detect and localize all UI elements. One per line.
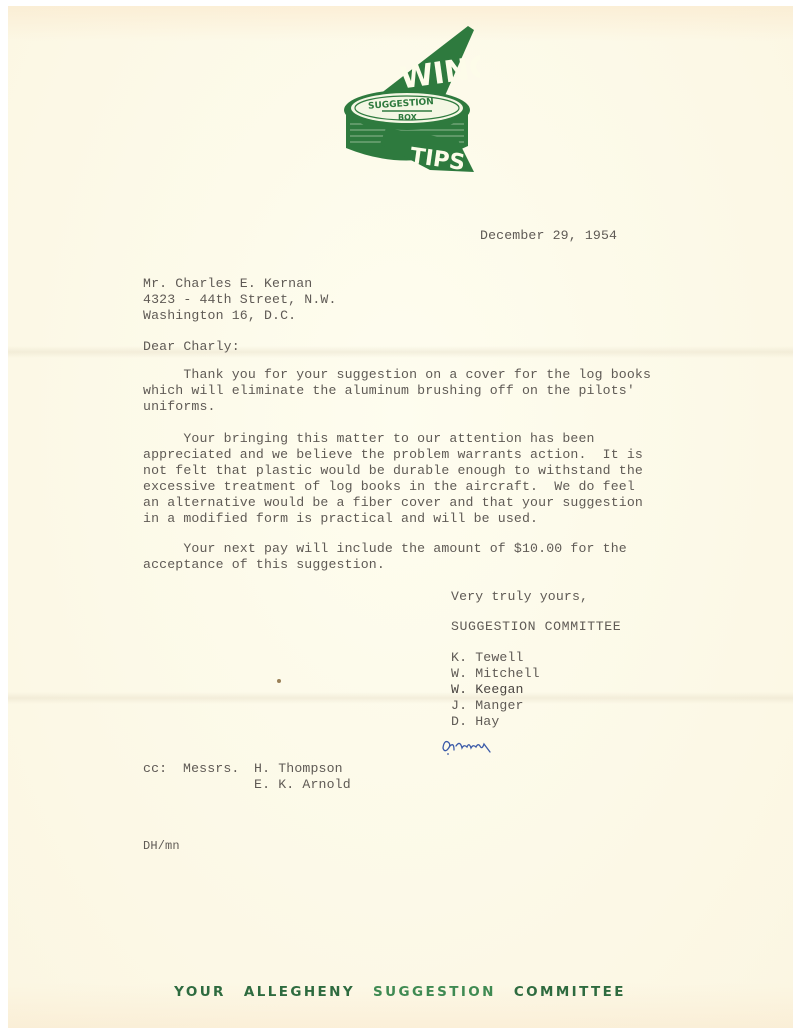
paragraph-line: in a modified form is practical and will… xyxy=(143,511,538,528)
paragraph-line: Your next pay will include the amount of… xyxy=(143,541,627,558)
footer-word: COMMITTEE xyxy=(514,984,626,1000)
signatory: D. Hay xyxy=(451,714,499,731)
wing-tips-logo-icon: WING SUGGESTION BOX TIPS xyxy=(340,24,480,172)
paragraph-line: an alternative would be a fiber cover an… xyxy=(143,495,643,512)
signatory: W. Mitchell xyxy=(451,666,540,683)
signatory: K. Tewell xyxy=(451,650,524,667)
paragraph-line: not felt that plastic would be durable e… xyxy=(143,463,643,480)
signatory: W. Keegan xyxy=(451,682,524,699)
recipient-city: Washington 16, D.C. xyxy=(143,308,296,325)
letter-date: December 29, 1954 xyxy=(480,228,617,245)
footer-committee-line: YOURALLEGHENYSUGGESTIONCOMMITTEE xyxy=(0,984,800,1000)
logo-box-text: BOX xyxy=(398,113,418,122)
cc-recipient: H. Thompson xyxy=(254,761,343,778)
closing: Very truly yours, xyxy=(451,589,588,606)
paper-speck xyxy=(277,679,281,683)
committee-name: SUGGESTION COMMITTEE xyxy=(451,619,621,636)
salutation: Dear Charly: xyxy=(143,339,240,356)
signatory: J. Manger xyxy=(451,698,524,715)
logo-word-top: WING xyxy=(398,49,480,97)
cc-label: cc: xyxy=(143,761,167,778)
handwritten-signature-icon xyxy=(440,734,496,756)
reference-initials: DH/mn xyxy=(143,838,180,855)
paragraph-line: Your bringing this matter to our attenti… xyxy=(143,431,595,448)
footer-word: YOUR xyxy=(174,984,226,1000)
recipient-street: 4323 - 44th Street, N.W. xyxy=(143,292,337,309)
paragraph-line: excessive treatment of log books in the … xyxy=(143,479,635,496)
paragraph-line: which will eliminate the aluminum brushi… xyxy=(143,383,635,400)
paragraph-line: Thank you for your suggestion on a cover… xyxy=(143,367,651,384)
paragraph-line: appreciated and we believe the problem w… xyxy=(143,447,643,464)
paragraph-line: acceptance of this suggestion. xyxy=(143,557,385,574)
footer-word: SUGGESTION xyxy=(373,984,496,1000)
recipient-name: Mr. Charles E. Kernan xyxy=(143,276,312,293)
paragraph-line: uniforms. xyxy=(143,399,216,416)
footer-word: ALLEGHENY xyxy=(244,984,355,1000)
cc-salutation: Messrs. xyxy=(183,761,239,778)
cc-recipient: E. K. Arnold xyxy=(254,777,351,794)
